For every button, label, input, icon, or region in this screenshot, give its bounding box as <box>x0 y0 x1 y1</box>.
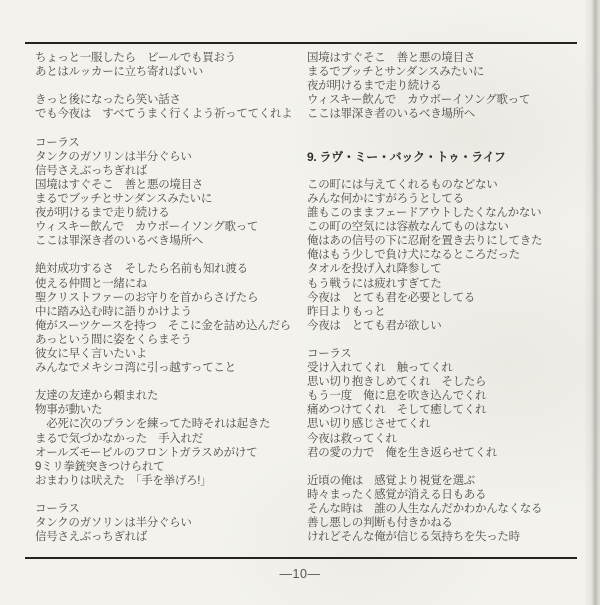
lyric-line: もう戦うには疲れすぎてた <box>307 277 585 291</box>
lyric-line: ウィスキー飲んで カウボーイソング歌って <box>307 93 585 107</box>
lyric-line: ウィスキー飲んで カウボーイソング歌って <box>35 220 297 234</box>
blank-line <box>307 121 585 135</box>
booklet-lyrics-page: ちょっと一服したら ビールでも買おうあとはルッカーに立ち寄ればいい きっと後にな… <box>0 0 600 605</box>
lyric-line: 使える仲間と一緒にね <box>35 277 297 291</box>
blank-line <box>307 333 585 347</box>
lyric-line: この町の空気には容赦なんてものはない <box>307 220 585 234</box>
right-lyrics-column: 国境はすぐそこ 善と悪の境目さまるでブッチとサンダンスみたいに夜が明けるまで走り… <box>307 51 585 544</box>
lyric-line: 信号さえぶっちぎれば <box>35 530 297 544</box>
lyric-line: 彼女に早く言いたいよ <box>35 347 297 361</box>
lyric-line: 必死に次のプランを練ってた時それは起きた <box>35 417 297 431</box>
lyric-line: コーラス <box>307 347 585 361</box>
lyric-line: まるでブッチとサンダンスみたいに <box>307 65 585 79</box>
lyric-line: 物事が動いた <box>35 403 297 417</box>
lyric-line: 国境はすぐそこ 善と悪の境目さ <box>35 178 297 192</box>
lyric-line: コーラス <box>35 136 297 150</box>
blank-line <box>35 375 297 389</box>
lyric-line: ちょっと一服したら ビールでも買おう <box>35 51 297 65</box>
lyric-line: 夜が明けるまで走り続ける <box>35 206 297 220</box>
lyric-line: タンクのガソリンは半分ぐらい <box>35 516 297 530</box>
lyric-line: ここは罪深き者のいるべき場所へ <box>35 234 297 248</box>
lyric-line: そんな時は 誰の人生なんだかわかんなくなる <box>307 502 585 516</box>
lyric-line: もう一度 俺に息を吹き込んでくれ <box>307 389 585 403</box>
lyric-line: 聖クリストファーのお守りを首からさげたら <box>35 291 297 305</box>
lyric-line: 今夜は救ってくれ <box>307 432 585 446</box>
lyric-line: 国境はすぐそこ 善と悪の境目さ <box>307 51 585 65</box>
blank-line <box>35 248 297 262</box>
blank-line <box>35 488 297 502</box>
lyric-line: タンクのガソリンは半分ぐらい <box>35 150 297 164</box>
lyric-line: タオルを投げ入れ降参して <box>307 262 585 276</box>
lyric-line: まるで気づかなかった 手入れだ <box>35 432 297 446</box>
lyric-line: 今夜は とても君を必要としてる <box>307 291 585 305</box>
lyric-line: 俺はあの信号の下に忍耐を置き去りにしてきた <box>307 234 585 248</box>
lyric-line: 時々まったく感覚が消える日もある <box>307 488 585 502</box>
lyric-line: 昨日よりもっと <box>307 305 585 319</box>
lyric-line: 誰もこのままフェードアウトしたくなんかない <box>307 206 585 220</box>
blank-line <box>35 79 297 93</box>
lyric-line: 中に踏み込む時に語りかけよう <box>35 305 297 319</box>
lyric-line: 近頃の俺は 感覚より視覚を選ぶ <box>307 474 585 488</box>
lyric-line: 夜が明けるまで走り続ける <box>307 79 585 93</box>
lyric-line: みんなでメキシコ湾に引っ越すってこと <box>35 361 297 375</box>
lyric-line: この町には与えてくれるものなどない <box>307 178 585 192</box>
lyric-line: おまわりは吠えた 「手を挙げろ!」 <box>35 474 297 488</box>
lyric-line: 友達の友達から頼まれた <box>35 389 297 403</box>
lyric-line: あとはルッカーに立ち寄ればいい <box>35 65 297 79</box>
lyric-line: 受け入れてくれ 触ってくれ <box>307 361 585 375</box>
lyric-line: まるでブッチとサンダンスみたいに <box>35 192 297 206</box>
lyric-line: オールズモービルのフロントガラスめがけて <box>35 446 297 460</box>
lyric-line: 絶対成功するさ そしたら名前も知れ渡る <box>35 262 297 276</box>
lyric-line: でも今夜は すべてうまく行くよう祈っててくれよ <box>35 107 297 121</box>
lyric-line: 思い切り感じさせてくれ <box>307 417 585 431</box>
song-title-heading: 9. ラヴ・ミー・バック・トゥ・ライフ <box>307 150 585 164</box>
lyric-line: みんな何かにすがろうとしてる <box>307 192 585 206</box>
blank-line <box>307 136 585 150</box>
lyric-line: 今夜は とても君が欲しい <box>307 319 585 333</box>
lyric-line: 9ミリ拳銃突きつけられて <box>35 460 297 474</box>
lyric-line: けれどそんな俺が信じる気持ちを失った時 <box>307 530 585 544</box>
lyric-line: ここは罪深き者のいるべき場所へ <box>307 107 585 121</box>
blank-line <box>307 460 585 474</box>
lyric-line: 思い切り抱きしめてくれ そしたら <box>307 375 585 389</box>
lyric-line: きっと後になったら笑い話さ <box>35 93 297 107</box>
blank-line <box>35 121 297 135</box>
lyric-line: 俺がスーツケースを持つ そこに金を詰め込んだら <box>35 319 297 333</box>
lyric-line: 善し悪しの判断も付きかねる <box>307 516 585 530</box>
page-number: —10— <box>0 567 600 581</box>
bottom-divider-rule <box>25 557 577 559</box>
top-divider-rule <box>25 42 577 44</box>
page-edge-shadow <box>584 0 600 605</box>
lyric-line: 信号さえぶっちぎれば <box>35 164 297 178</box>
lyric-line: コーラス <box>35 502 297 516</box>
lyric-line: 俺はもう少しで負け犬になるところだった <box>307 248 585 262</box>
lyric-line: 君の愛の力で 俺を生き返らせてくれ <box>307 446 585 460</box>
blank-line <box>307 164 585 178</box>
lyric-line: 痛めつけてくれ そして癒してくれ <box>307 403 585 417</box>
left-lyrics-column: ちょっと一服したら ビールでも買おうあとはルッカーに立ち寄ればいい きっと後にな… <box>35 51 297 544</box>
lyric-line: あっという間に姿をくらまそう <box>35 333 297 347</box>
